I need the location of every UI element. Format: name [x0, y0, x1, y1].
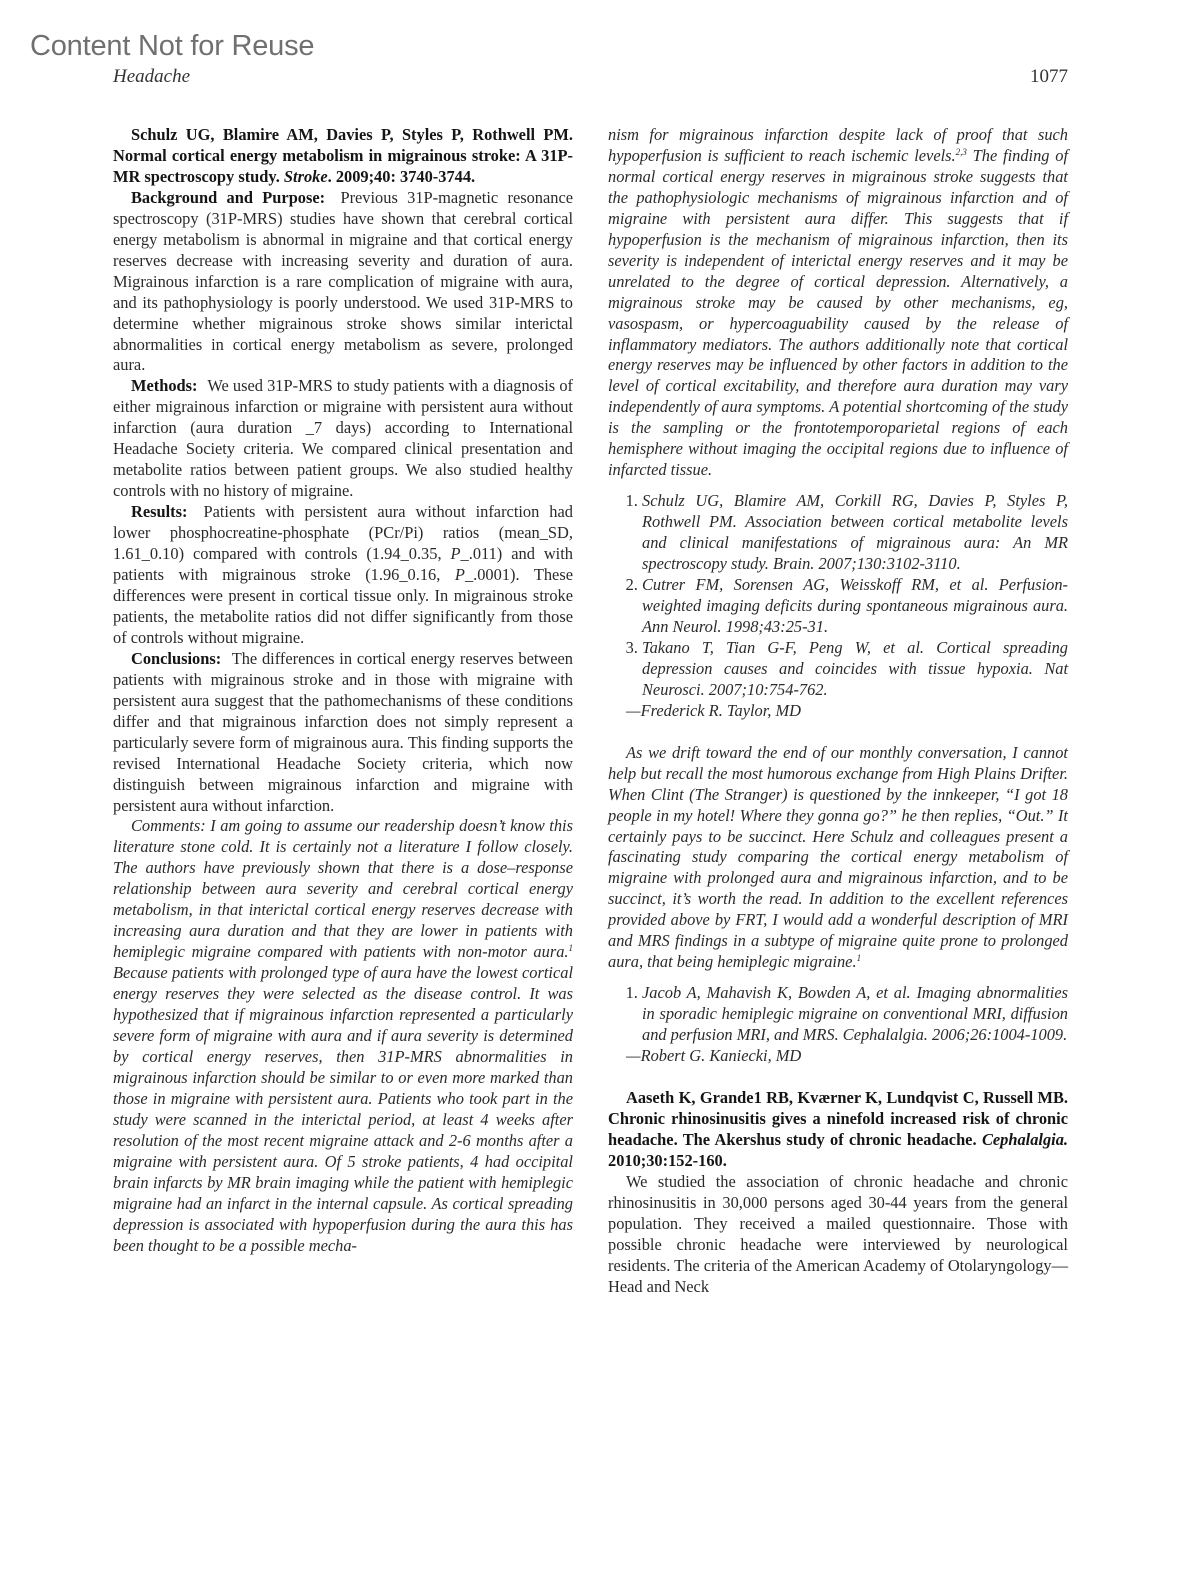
abstract-methods: Methods: We used 31P-MRS to study patien…	[113, 376, 573, 502]
p-value-symbol: P	[451, 544, 461, 563]
article-citation: Schulz UG, Blamire AM, Davies P, Styles …	[113, 125, 573, 188]
abstract-background: Background and Purpose: Previous 31P-mag…	[113, 188, 573, 377]
section-text: Previous 31P-magnetic resonance spectros…	[113, 188, 573, 375]
abstract-conclusions: Conclusions: The differences in cortical…	[113, 649, 573, 817]
commentary-paragraph: As we drift toward the end of our monthl…	[608, 743, 1068, 973]
article-body: We studied the association of chronic he…	[608, 1172, 1068, 1298]
reference-item: Jacob A, Mahavish K, Bowden A, et al. Im…	[642, 983, 1068, 1046]
section-heading: Conclusions:	[131, 649, 221, 668]
citation-details: 2010;30:152-160.	[608, 1151, 727, 1170]
section-text: The differences in cortical energy reser…	[113, 649, 573, 815]
comments-paragraph: Comments: I am going to assume our reade…	[113, 816, 573, 1256]
footnote-ref: 2,3	[956, 147, 967, 157]
reference-item: Cutrer FM, Sorensen AG, Weisskoff RM, et…	[642, 575, 1068, 638]
reference-item: Schulz UG, Blamire AM, Corkill RG, Davie…	[642, 491, 1068, 575]
citation-journal: Cephalalgia.	[982, 1130, 1068, 1149]
author-signature: —Robert G. Kaniecki, MD	[608, 1046, 1068, 1067]
author-signature: —Frederick R. Taylor, MD	[608, 701, 1068, 722]
reference-item: Takano T, Tian G-F, Peng W, et al. Corti…	[642, 638, 1068, 701]
running-head: Headache	[113, 66, 190, 88]
comments-text: Because patients with prolonged type of …	[113, 963, 573, 1254]
section-heading: Results:	[131, 502, 187, 521]
abstract-results: Results: Patients with persistent aura w…	[113, 502, 573, 649]
left-column: Schulz UG, Blamire AM, Davies P, Styles …	[113, 125, 573, 1256]
reference-list: Schulz UG, Blamire AM, Corkill RG, Davie…	[608, 491, 1068, 701]
citation-details: . 2009;40: 3740-3744.	[328, 167, 476, 186]
citation-journal: Stroke	[284, 167, 328, 186]
comments-text: Comments: I am going to assume our reade…	[113, 816, 573, 961]
section-heading: Background and Purpose:	[131, 188, 325, 207]
watermark: Content Not for Reuse	[30, 30, 314, 63]
commentary-text: As we drift toward the end of our monthl…	[608, 743, 1068, 972]
reference-list: Jacob A, Mahavish K, Bowden A, et al. Im…	[608, 983, 1068, 1046]
footnote-ref: 1	[857, 953, 862, 963]
page-number: 1077	[1030, 66, 1068, 88]
right-column: nism for migrainous infarction despite l…	[608, 125, 1068, 1298]
article-citation: Aaseth K, Grande1 RB, Kværner K, Lundqvi…	[608, 1088, 1068, 1172]
comments-continued: nism for migrainous infarction despite l…	[608, 125, 1068, 481]
p-value-symbol: P	[455, 565, 465, 584]
section-text: We used 31P-MRS to study patients with a…	[113, 376, 573, 500]
footnote-ref: 1	[569, 943, 574, 953]
section-heading: Methods:	[131, 376, 197, 395]
comments-text: The finding of normal cortical energy re…	[608, 146, 1068, 479]
